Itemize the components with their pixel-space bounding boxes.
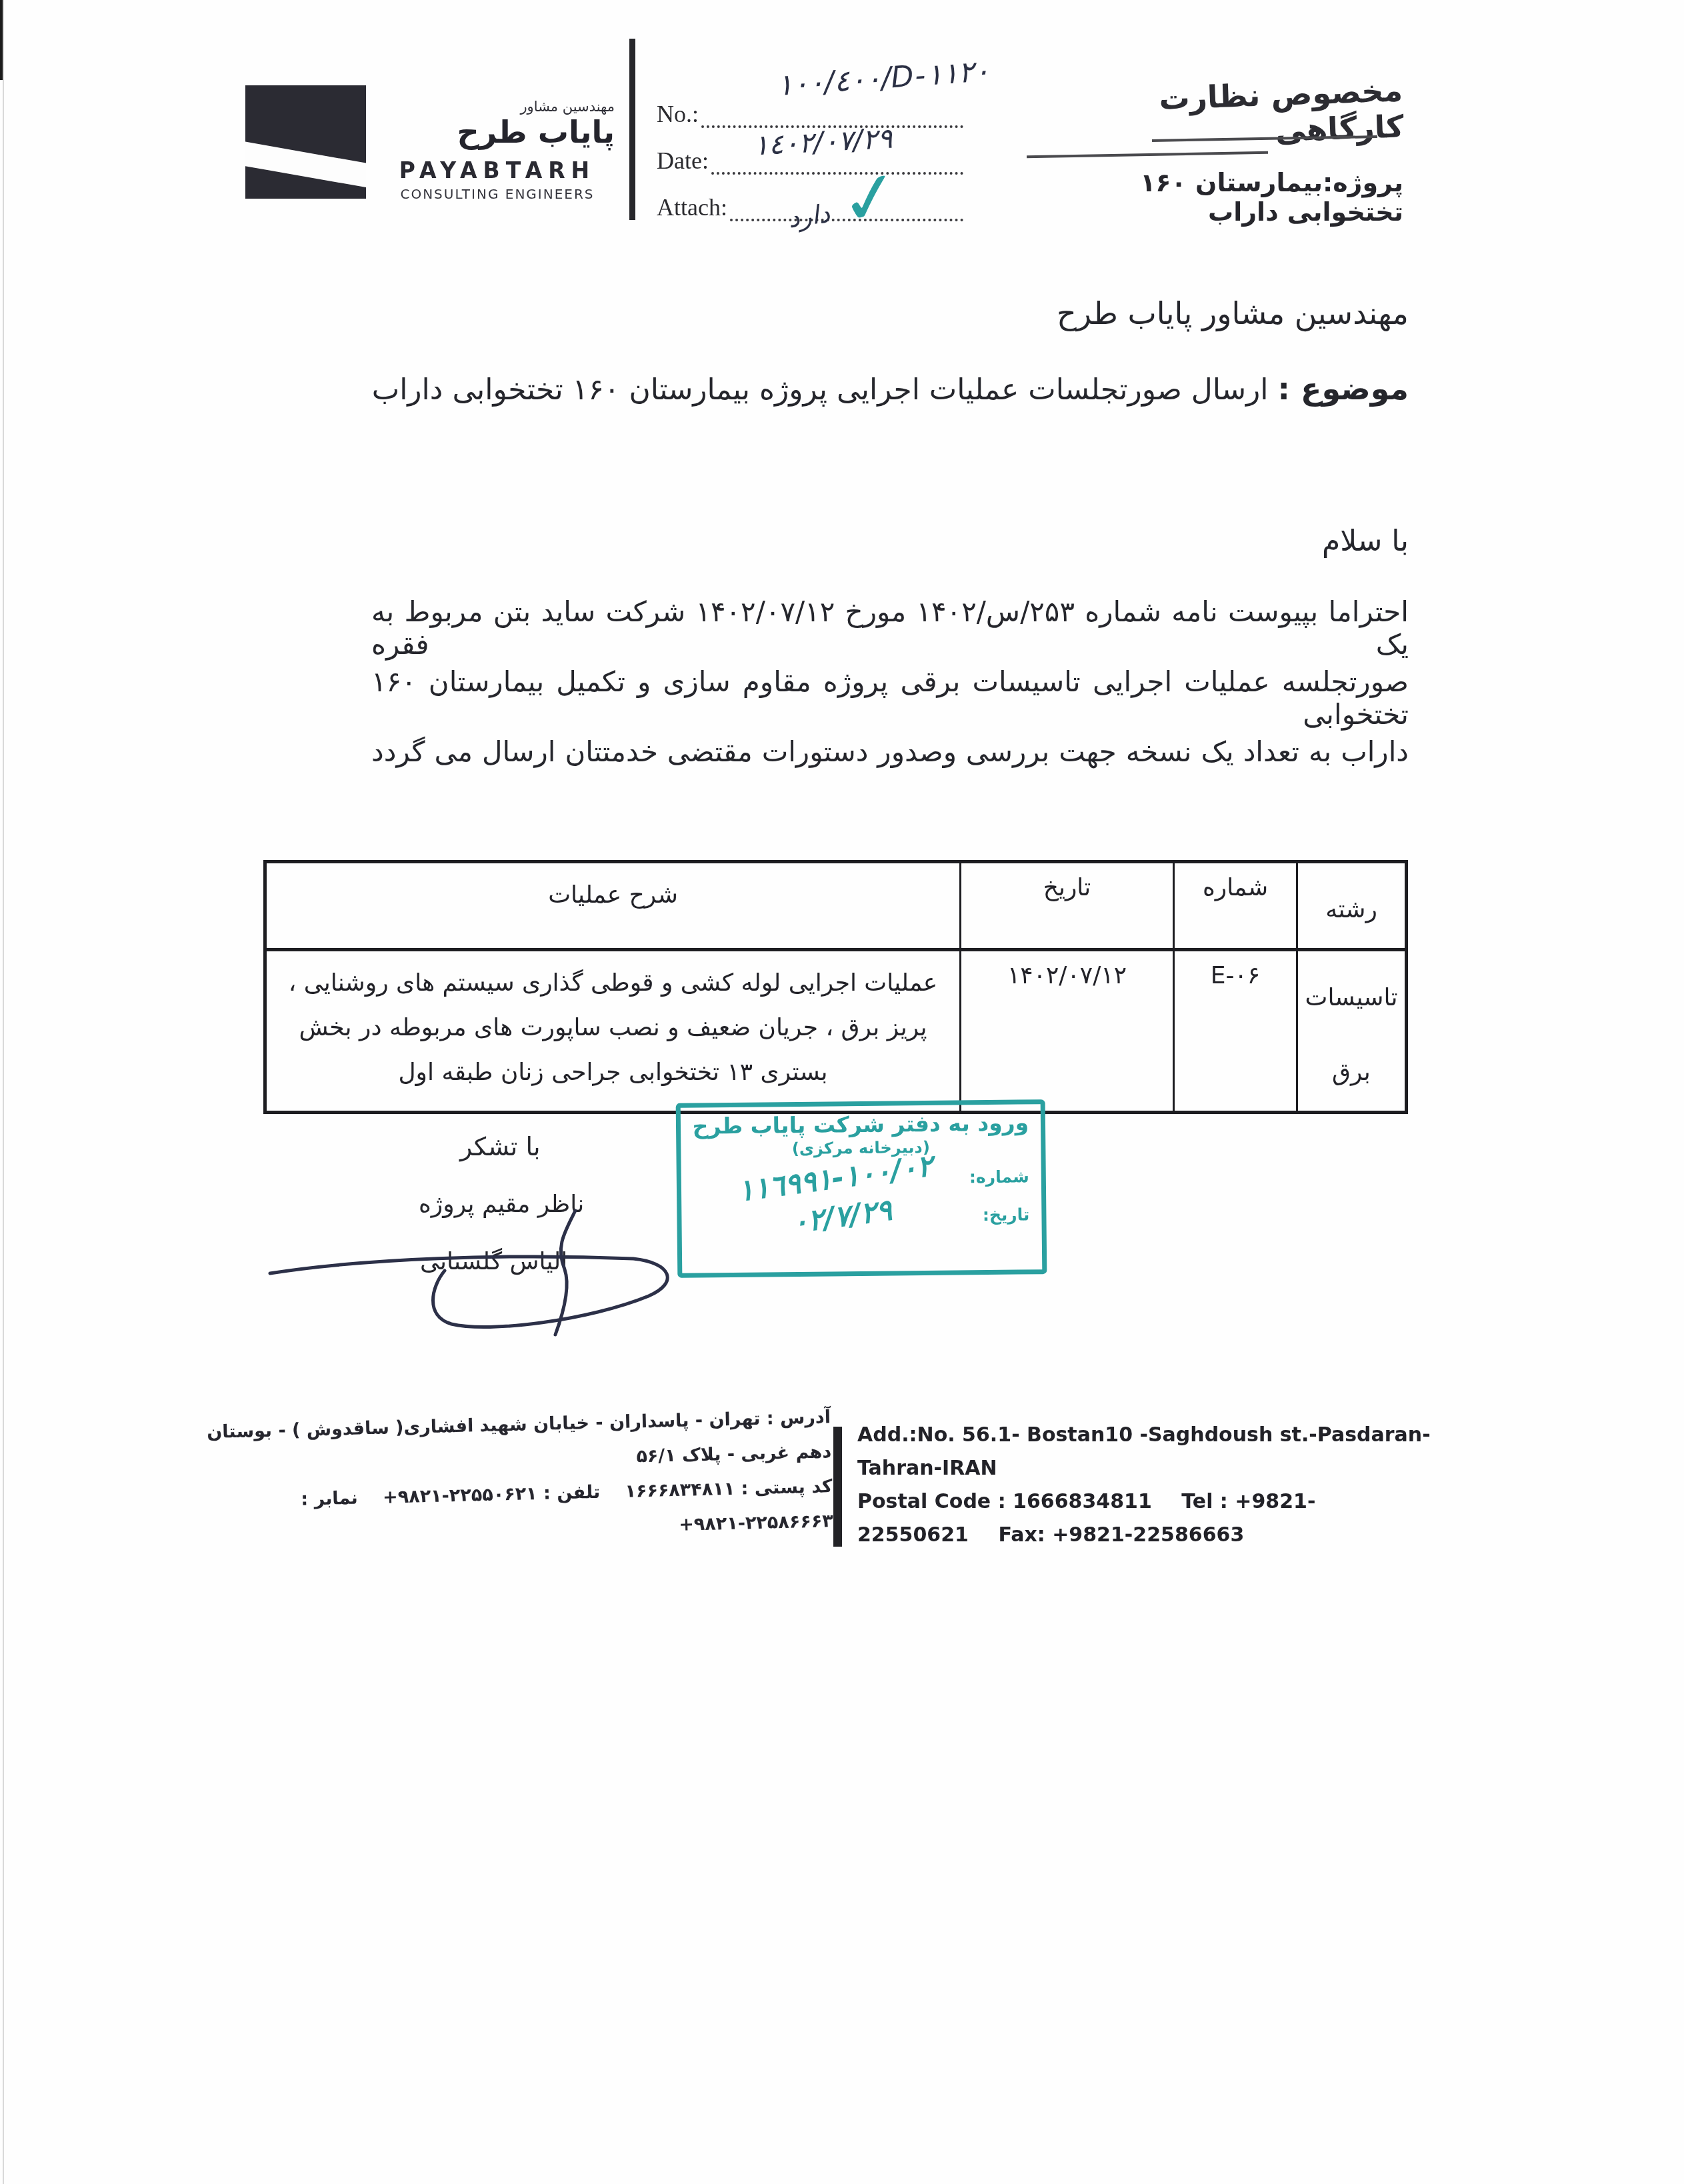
footer-fa-fax-label: نمابر : (301, 1488, 358, 1510)
cell-date: ۱۴۰۲/۰۷/۱۲ (961, 950, 1174, 1113)
subject-text: ارسال صورتجلسات عملیات اجرایی پروژه بیما… (372, 373, 1269, 407)
no-label: No.: (657, 100, 699, 128)
subject-line: موضوع : ارسال صورتجلسات عملیات اجرایی پر… (372, 371, 1409, 407)
date-label: Date: (657, 147, 709, 175)
footer-en-contacts: Postal Code : 1666834811 Tel : +9821-225… (857, 1485, 1431, 1552)
logo-en-name: PAYABTARH (380, 157, 615, 183)
stamp-title: ورود به دفتر شرکت پایاب طرح (681, 1109, 1041, 1139)
scanned-letter-page: مهندسین مشاور پایاب طرح PAYABTARH CONSUL… (0, 0, 1684, 2184)
logo-text-block: مهندسین مشاور پایاب طرح PAYABTARH CONSUL… (380, 99, 615, 202)
scan-edge-line (3, 0, 4, 2184)
table-row: تاسیسات برق E-۰۶ ۱۴۰۲/۰۷/۱۲ عملیات اجرای… (265, 950, 1407, 1113)
footer-divider-bar (833, 1427, 842, 1547)
attach-label: Attach: (657, 193, 727, 221)
body-paragraph: احتراما بپیوست نامه شماره ۲۵۳/س/۱۴۰۲ مور… (371, 595, 1409, 805)
body-line-2: صورتجلسه عملیات اجرایی تاسیسات برقی پروژ… (371, 665, 1409, 735)
footer-fa-tel-value: +۹۸۲۱-۲۲۵۵۰۶۲۱ (383, 1483, 537, 1508)
body-line-1: احتراما بپیوست نامه شماره ۲۵۳/س/۱۴۰۲ مور… (371, 595, 1409, 665)
cell-description: عملیات اجرایی لوله کشی و قوطی گذاری سیست… (265, 950, 961, 1113)
stamp-subtitle: (دبیرخانه مرکزی) (681, 1137, 1041, 1159)
recipient-line: مهندسین مشاور پایاب طرح (1057, 295, 1409, 331)
footer-english: Add.:No. 56.1- Bostan10 -Saghdoush st.-P… (857, 1419, 1431, 1552)
operations-table: رشته شماره تاریخ شرح عملیات تاسیسات برق … (263, 860, 1408, 1114)
field-line-2: برق (1299, 1035, 1404, 1110)
signature-scribble (263, 1208, 683, 1348)
salutation: با سلام (1322, 524, 1409, 558)
footer-fa-tel-label: تلفن : (543, 1482, 601, 1504)
ref-block-divider (629, 39, 635, 220)
cell-field: تاسیسات برق (1297, 950, 1407, 1113)
header-field: رشته (1297, 862, 1407, 950)
logo-en-tagline: CONSULTING ENGINEERS (380, 186, 615, 202)
company-logo (245, 85, 366, 199)
footer-en-postal-label: Postal Code : (857, 1490, 1006, 1513)
registry-stamp: ورود به دفتر شرکت پایاب طرح (دبیرخانه مر… (676, 1099, 1047, 1278)
footer-fa-contacts: کد پستی : ۱۶۶۶۸۳۴۸۱۱ تلفن : +۹۸۲۱-۲۲۵۵۰۶… (189, 1469, 833, 1555)
footer-fa-fax-value: +۹۸۲۱-۲۲۵۸۶۶۶۳ (679, 1511, 833, 1535)
stamp-date-label: تاریخ: (983, 1205, 1030, 1225)
footer-en-fax-label: Fax: (998, 1523, 1045, 1547)
row-number: E-۰۶ (1211, 962, 1260, 989)
stamp-number-row: شماره: ١٠٠/٠٢-١١٦٩٩١ (681, 1159, 1042, 1197)
supervision-title: مخصوص نظارت کارگاهی (1029, 72, 1404, 157)
header-description: شرح عملیات (265, 862, 961, 950)
footer-persian: آدرس : تهران - پاسداران - خیابان شهید اف… (187, 1400, 834, 1555)
row-date: ۱۴۰۲/۰۷/۱۲ (1007, 962, 1127, 989)
signature-thanks: با تشکر (460, 1132, 541, 1161)
no-dotted-line (701, 99, 963, 128)
footer-en-tel-label: Tel : (1181, 1490, 1228, 1513)
table-header-row: رشته شماره تاریخ شرح عملیات (265, 862, 1407, 950)
handwritten-attach-value: دارد (786, 199, 831, 233)
subject-label: موضوع : (1278, 371, 1409, 407)
footer-fa-postal-label: کد پستی : (741, 1476, 833, 1499)
footer-fa-postal-value: ۱۶۶۶۸۳۴۸۱۱ (625, 1479, 735, 1502)
header-number: شماره (1174, 862, 1297, 950)
field-line-1: تاسیسات (1299, 961, 1404, 1035)
footer-en-address: Add.:No. 56.1- Bostan10 -Saghdoush st.-P… (857, 1419, 1431, 1485)
logo-fa-name: پایاب طرح (380, 115, 615, 149)
logo-stripe-shape (245, 140, 366, 190)
footer-en-postal-value: 1666834811 (1013, 1490, 1152, 1513)
logo-fa-tagline: مهندسین مشاور (380, 99, 615, 115)
cell-number: E-۰۶ (1174, 950, 1297, 1113)
footer-en-fax-value: +9821-22586663 (1052, 1523, 1244, 1547)
project-title: پروژه:بیمارستان ۱۶۰ تختخوابی داراب (1030, 168, 1403, 227)
header-date: تاریخ (961, 862, 1174, 950)
body-line-3: داراب به تعداد یک نسخه جهت بررسی وصدور د… (371, 735, 1409, 805)
